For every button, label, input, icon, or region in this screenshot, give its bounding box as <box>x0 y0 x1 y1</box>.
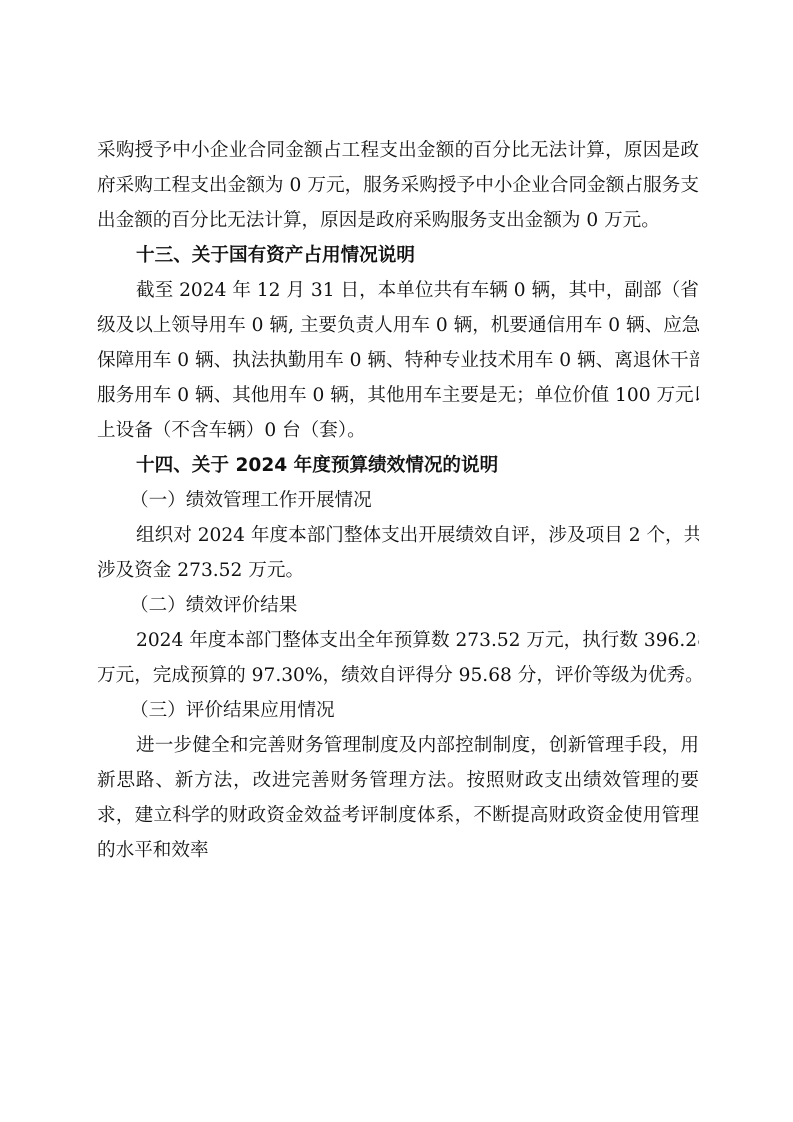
text-line: 新思路、新方法，改进完善财务管理方法。按照财政支出绩效管理的要 <box>97 763 699 798</box>
text-line: 出金额的百分比无法计算，原因是政府采购服务支出金额为 0 万元。 <box>97 203 699 238</box>
text-line: 采购授予中小企业合同金额占工程支出金额的百分比无法计算，原因是政 <box>97 133 699 168</box>
text-line: 府采购工程支出金额为 0 万元，服务采购授予中小企业合同金额占服务支 <box>97 168 699 203</box>
text-line: 上设备（不含车辆）0 台（套）。 <box>97 413 699 448</box>
text-line: 组织对 2024 年度本部门整体支出开展绩效自评，涉及项目 2 个，共 <box>97 518 699 553</box>
text-line: 2024 年度本部门整体支出全年预算数 273.52 万元，执行数 396.28 <box>97 623 699 658</box>
text-line: 万元，完成预算的 97.30%，绩效自评得分 95.68 分，评价等级为优秀。 <box>97 658 699 693</box>
section-heading: 十三、关于国有资产占用情况说明 <box>97 238 699 273</box>
document-page: 采购授予中小企业合同金额占工程支出金额的百分比无法计算，原因是政 府采购工程支出… <box>97 133 699 868</box>
text-line: 服务用车 0 辆、其他用车 0 辆，其他用车主要是无；单位价值 100 万元以 <box>97 378 699 413</box>
text-line: 涉及资金 273.52 万元。 <box>97 553 699 588</box>
text-line: 保障用车 0 辆、执法执勤用车 0 辆、特种专业技术用车 0 辆、离退休干部 <box>97 343 699 378</box>
text-line: 的水平和效率 <box>97 833 699 868</box>
subsection-heading: （一）绩效管理工作开展情况 <box>97 483 699 518</box>
text-line: 求，建立科学的财政资金效益考评制度体系，不断提高财政资金使用管理 <box>97 798 699 833</box>
subsection-heading: （二）绩效评价结果 <box>97 588 699 623</box>
intro-paragraph: 采购授予中小企业合同金额占工程支出金额的百分比无法计算，原因是政 府采购工程支出… <box>97 133 699 238</box>
text-line: 进一步健全和完善财务管理制度及内部控制制度，创新管理手段，用 <box>97 728 699 763</box>
section-13: 十三、关于国有资产占用情况说明 截至 2024 年 12 月 31 日，本单位共… <box>97 238 699 448</box>
text-line: 级及以上领导用车 0 辆, 主要负责人用车 0 辆，机要通信用车 0 辆、应急 <box>97 308 699 343</box>
text-line: 截至 2024 年 12 月 31 日，本单位共有车辆 0 辆，其中，副部（省） <box>97 273 699 308</box>
section-14: 十四、关于 2024 年度预算绩效情况的说明 （一）绩效管理工作开展情况 组织对… <box>97 448 699 868</box>
section-heading: 十四、关于 2024 年度预算绩效情况的说明 <box>97 448 699 483</box>
subsection-heading: （三）评价结果应用情况 <box>97 693 699 728</box>
